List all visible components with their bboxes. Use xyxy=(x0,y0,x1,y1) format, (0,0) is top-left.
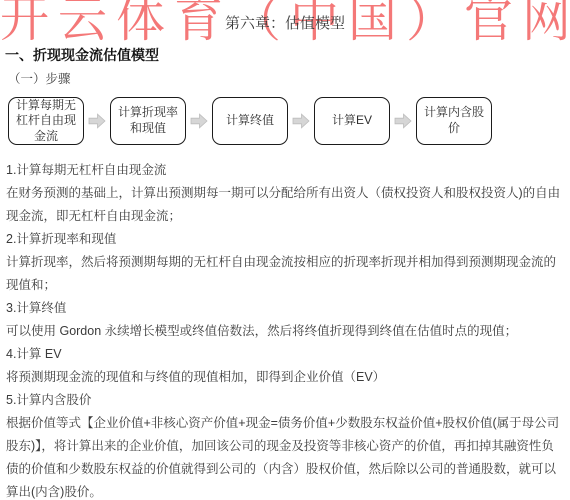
step-description-3: 可以使用 Gordon 永续增长模型或终值倍数法，然后将终值折现得到终值在估值时… xyxy=(6,320,566,343)
flow-step-label: 计算内含股价 xyxy=(419,105,489,136)
flow-step-box-4: 计算EV xyxy=(314,97,390,145)
arrow-right-icon xyxy=(292,113,310,129)
flow-step-box-1: 计算每期无杠杆自由现金流 xyxy=(8,97,84,145)
flow-step-box-5: 计算内含股价 xyxy=(416,97,492,145)
arrow-right-icon xyxy=(88,113,106,129)
section-heading: 一、折现现金流估值模型 xyxy=(5,47,570,64)
step-heading-5: 5.计算内含股价 xyxy=(6,389,566,412)
step-heading-2: 2.计算折现率和现值 xyxy=(6,228,566,251)
flow-step-label: 计算每期无杠杆自由现金流 xyxy=(11,98,81,145)
flow-step-label: 计算折现率和现值 xyxy=(113,105,183,136)
step-description-2: 计算折现率，然后将预测期每期的无杠杆自由现金流按相应的折现率折现并相加得到预测期… xyxy=(6,251,566,297)
flow-step-label: 计算EV xyxy=(332,113,372,129)
content-body: 1.计算每期无杠杆自由现金流 在财务预测的基础上，计算出预测期每一期可以分配给所… xyxy=(6,159,566,500)
arrow-right-icon xyxy=(190,113,208,129)
step-heading-1: 1.计算每期无杠杆自由现金流 xyxy=(6,159,566,182)
step-heading-3: 3.计算终值 xyxy=(6,297,566,320)
page-title: 第六章：估值模型 xyxy=(0,0,570,34)
step-description-4: 将预测期现金流的现值和与终值的现值相加，即得到企业价值（EV） xyxy=(6,366,566,389)
flow-step-box-2: 计算折现率和现值 xyxy=(110,97,186,145)
flow-step-label: 计算终值 xyxy=(226,113,274,129)
document-page: 第六章：估值模型 一、折现现金流估值模型 （一）步骤 计算每期无杠杆自由现金流 … xyxy=(0,0,570,500)
step-description-1: 在财务预测的基础上，计算出预测期每一期可以分配给所有出资人（债权投资人和股权投资… xyxy=(6,182,566,228)
arrow-right-icon xyxy=(394,113,412,129)
sub-heading-steps: （一）步骤 xyxy=(8,71,570,87)
flow-step-box-3: 计算终值 xyxy=(212,97,288,145)
step-description-5: 根据价值等式【企业价值+非核心资产价值+现金=债务价值+少数股东权益价值+股权价… xyxy=(6,412,566,500)
flowchart: 计算每期无杠杆自由现金流 计算折现率和现值 计算终值 计算EV 计算内含股价 xyxy=(8,97,570,145)
step-heading-4: 4.计算 EV xyxy=(6,343,566,366)
